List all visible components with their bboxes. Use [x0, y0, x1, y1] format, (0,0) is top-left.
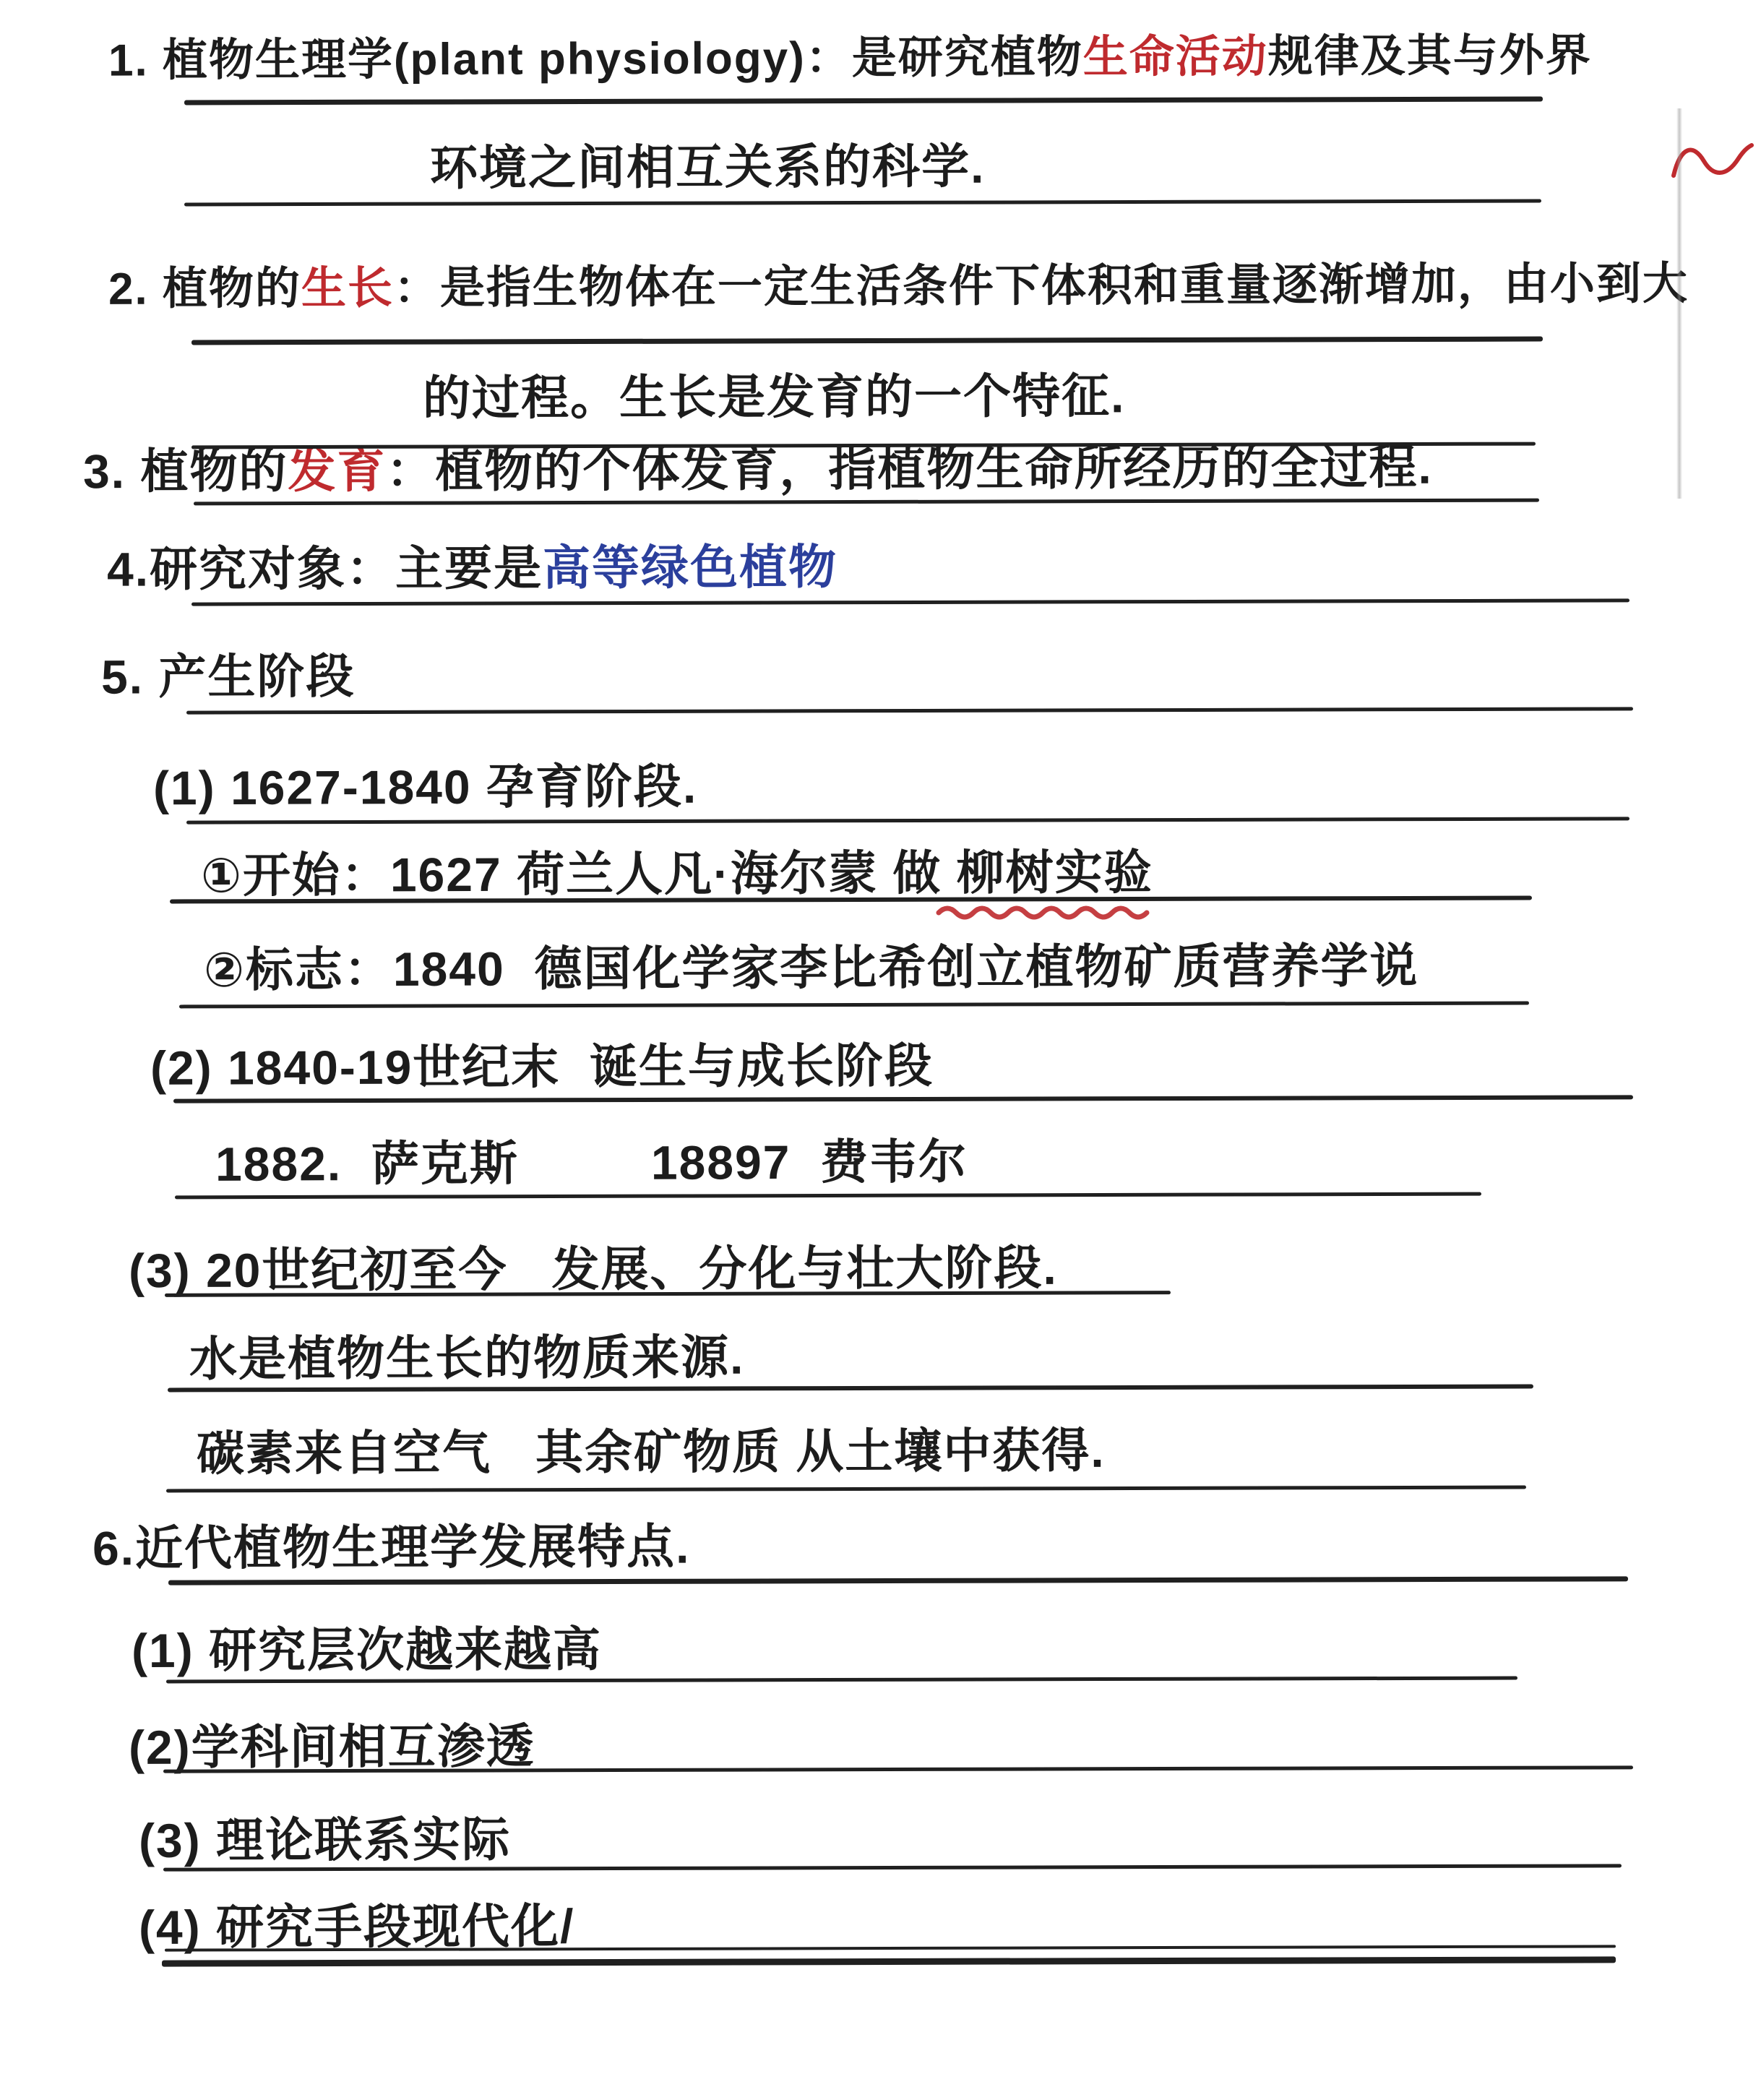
highlight-red-text: 发育: [288, 444, 386, 497]
ruled-underline: [186, 817, 1629, 824]
ruled-underline: [166, 1486, 1526, 1493]
red-wavy-underline: [936, 902, 1153, 921]
highlight-blue-text: 高等绿色植物: [543, 540, 838, 594]
text-run: 2. 植物的: [108, 264, 301, 314]
text-run: 3. 植物的: [83, 444, 288, 498]
text-run: 环境之间相互关系的科学.: [430, 139, 986, 195]
ruled-underline: [168, 1576, 1628, 1585]
text-run: 碳素来自空气 其余矿物质 从土壤中获得.: [197, 1424, 1106, 1480]
ruled-underline-double: [162, 1956, 1616, 1966]
note-line-item6-sub1: (1) 研究层次越来越高: [132, 1619, 602, 1681]
ruled-underline: [184, 199, 1541, 207]
text-run: 5. 产生阶段: [101, 649, 356, 703]
text-run: (3) 理论联系实际: [139, 1812, 511, 1867]
note-line-item4: 4.研究对象：主要是高等绿色植物: [107, 537, 838, 599]
text-run: 4.研究对象：主要是: [107, 541, 543, 596]
text-run: (3) 20世纪初至今 发展、分化与壮大阶段.: [129, 1241, 1058, 1297]
text-run: ②标志：1840 德国化学家李比希创立植物矿质营养学说: [204, 939, 1419, 997]
text-run: 规律及其与外界: [1268, 30, 1592, 82]
note-line-item1-line2: 环境之间相互关系的科学.: [430, 137, 986, 198]
text-run: (4) 研究手段现代化/: [139, 1899, 575, 1954]
experiment-keyword: 柳树实验: [957, 845, 1153, 900]
ruled-underline: [184, 97, 1543, 106]
text-run: (2) 1840-19世纪末 诞生与成长阶段: [150, 1038, 934, 1095]
note-line-item5-heading: 5. 产生阶段: [101, 646, 356, 707]
note-line-item5-sub2: (2) 1840-19世纪末 诞生与成长阶段: [150, 1036, 934, 1098]
note-line-carbon: 碳素来自空气 其余矿物质 从土壤中获得.: [197, 1421, 1106, 1484]
note-line-item5-sub1-a: ①开始：1627 荷兰人凡·海尔蒙 做 柳树实验: [201, 843, 1153, 905]
text-run: 1. 植物生理学(plant physiology)：是研究植物: [108, 33, 1083, 86]
note-line-item6-sub3: (3) 理论联系实际: [139, 1809, 511, 1870]
note-line-item2-line1: 2. 植物的生长：是指生物体在一定生活条件下体积和重量逐渐增加，由小到大: [108, 256, 1689, 317]
text-run: ：是指生物体在一定生活条件下体积和重量逐渐增加，由小到大: [394, 259, 1689, 313]
red-check-squiggle: [1668, 134, 1756, 199]
text-run: ①开始：1627 荷兰人凡·海尔蒙 做: [201, 846, 957, 903]
note-line-item5-sub1: (1) 1627-1840 孕育阶段.: [153, 757, 698, 818]
note-line-item6-heading: 6.近代植物生理学发展特点.: [92, 1517, 691, 1578]
note-line-water: 水是植物生长的物质来源.: [189, 1327, 745, 1389]
text-run: 水是植物生长的物质来源.: [189, 1330, 745, 1386]
text-run: ：植物的个体发育，指植物生命所经历的全过程.: [386, 440, 1433, 497]
text-run: 1882. 萨克斯 18897 费韦尔: [215, 1135, 968, 1191]
text-run: (1) 研究层次越来越高: [132, 1622, 602, 1677]
ruled-underline: [191, 337, 1543, 345]
ruled-underline: [179, 1002, 1529, 1009]
note-line-item5-sub1-b: ②标志：1840 德国化学家李比希创立植物矿质营养学说: [204, 936, 1419, 999]
highlight-red-text: 生命活动: [1083, 32, 1268, 82]
note-line-item5-sub2-a: 1882. 萨克斯 18897 费韦尔: [215, 1132, 968, 1194]
note-line-item1-line1: 1. 植物生理学(plant physiology)：是研究植物生命活动规律及其…: [108, 27, 1592, 89]
ruled-underline: [186, 707, 1633, 714]
text-run: (2)学科间相互渗透: [129, 1719, 535, 1774]
notebook-page: 1. 植物生理学(plant physiology)：是研究植物生命活动规律及其…: [0, 0, 1761, 2100]
highlight-red-text: 生长: [301, 263, 394, 313]
text-run: (1) 1627-1840 孕育阶段.: [153, 759, 698, 815]
note-line-item2-line2: 的过程。生长是发育的一个特征.: [423, 366, 1126, 428]
ruled-underline: [191, 598, 1629, 606]
text-run: 6.近代植物生理学发展特点.: [92, 1520, 691, 1575]
text-run: 的过程。生长是发育的一个特征.: [423, 369, 1126, 424]
